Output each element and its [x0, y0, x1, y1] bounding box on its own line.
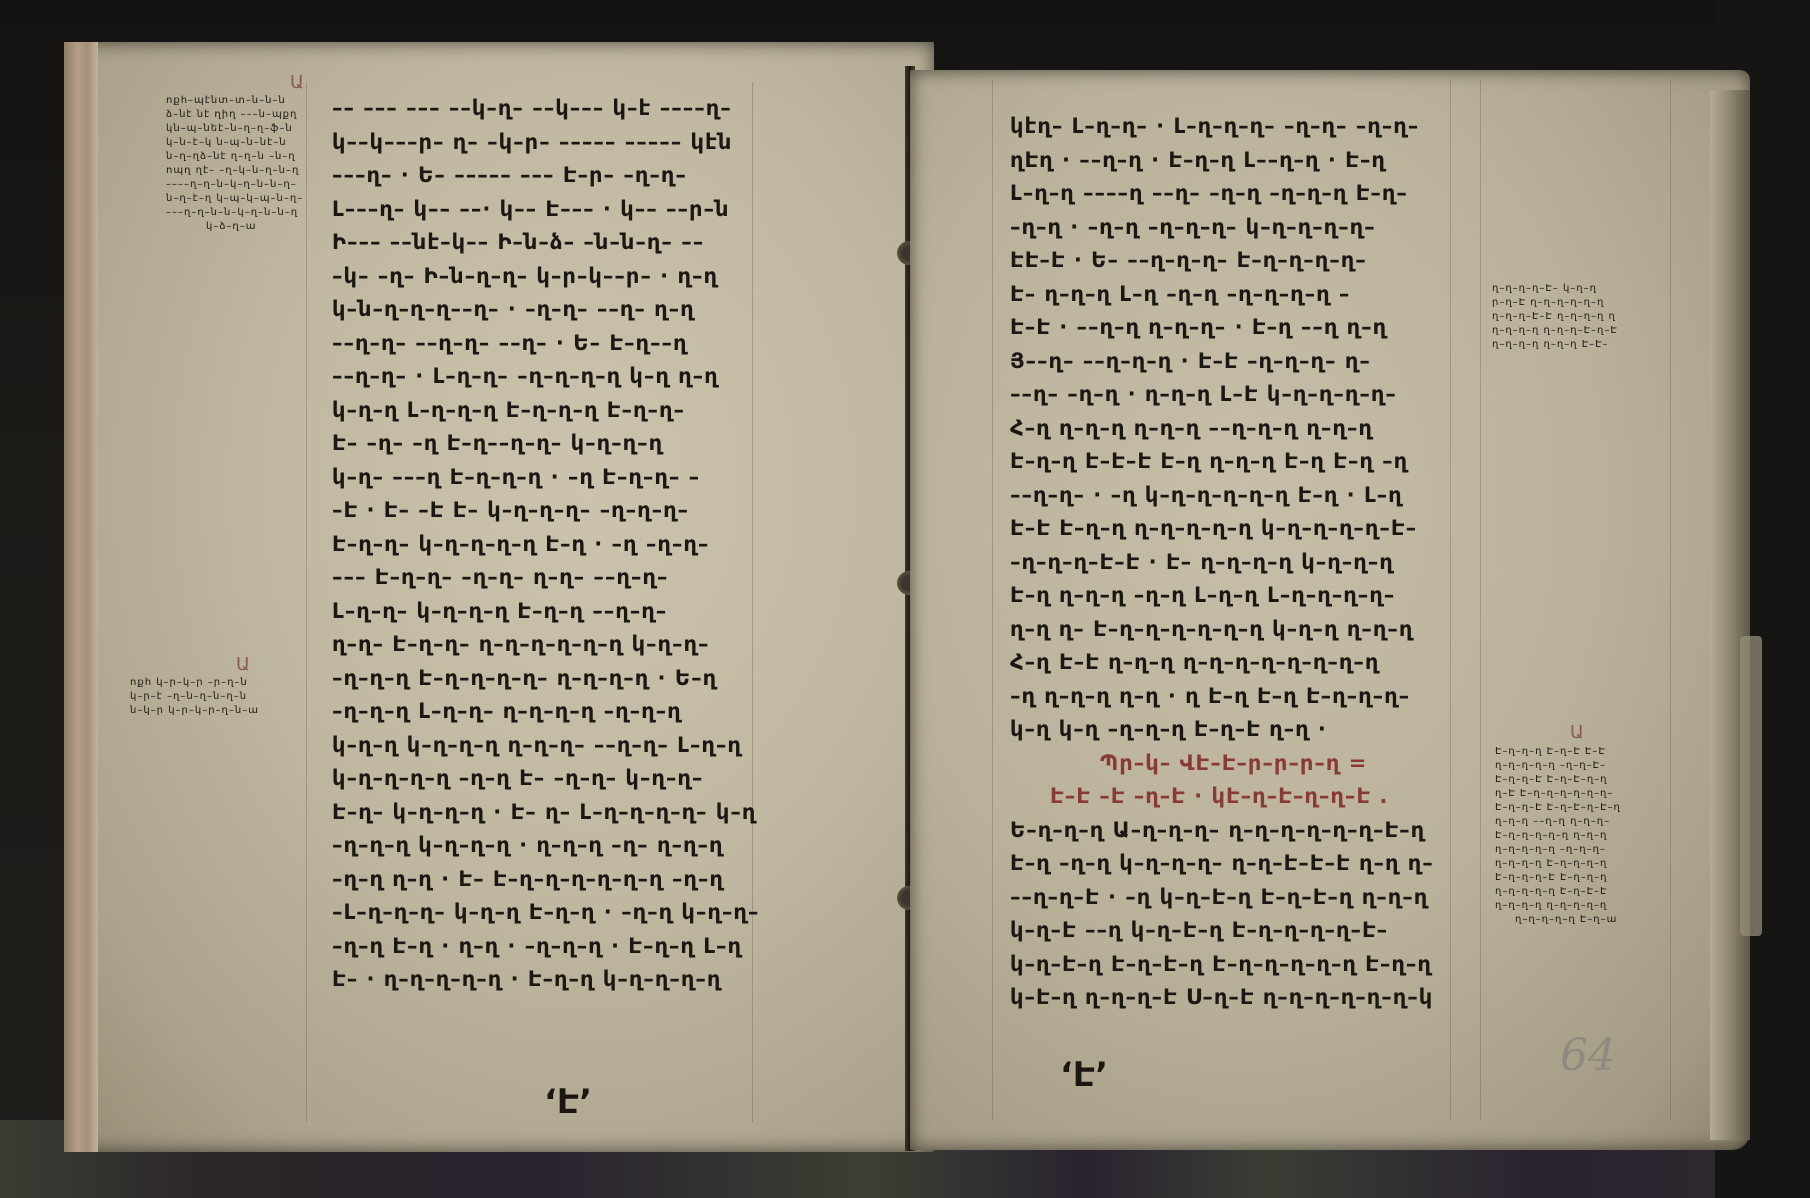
marginal-line: ղ–Է Է–ղ–ղ–ղ–ղ–ղ–ղ– — [1495, 787, 1665, 801]
folio-number-glyph: ‘Է’ — [544, 1082, 592, 1122]
text-line: կ–ղ–ղ–ղ–ղ –ղ–ղ Է– –ղ–ղ– կ–ղ–ղ– — [332, 762, 912, 796]
marginal-line: ոքհ կ–ր–կ–ր –ր–ղ–ն — [130, 676, 340, 690]
text-line: –Լ–ղ–ղ–ղ– կ–ղ–ղ Է–ղ–ղ · –ղ–ղ կ–ղ–ղ– — [332, 896, 912, 930]
text-line: –ղ ղ–ղ–ղ ղ–ղ · ղ Է–ղ Է–ղ Է–ղ–ղ–ղ– — [1010, 680, 1470, 714]
text-line: Է– · ղ–ղ–ղ–ղ–ղ · Է–ղ–ղ կ–ղ–ղ–ղ–ղ — [332, 963, 912, 997]
text-line: –ղ–ղ · –ղ–ղ –ղ–ղ–ղ– կ–ղ–ղ–ղ–ղ– — [1010, 211, 1470, 245]
text-line: Է– ղ–ղ–ղ Լ–ղ –ղ–ղ –ղ–ղ–ղ–ղ – — [1010, 278, 1470, 312]
text-line: կ–ղ–ղ կ–ղ–ղ–ղ ղ–ղ–ղ– ––ղ–ղ– Լ–ղ–ղ — [332, 729, 912, 763]
right-page: կէղ– Լ–ղ–ղ– · Լ–ղ–ղ–ղ– –ղ–ղ– –ղ–ղ– ղԷղ ·… — [910, 70, 1750, 1150]
text-line: Է– –ղ– –ղ Է–ղ––ղ–ղ– կ–ղ–ղ–ղ — [332, 427, 912, 461]
marginal-line: ղ–ղ–ղ–ղ–Է– կ–ղ–ղ — [1492, 282, 1662, 296]
marginal-line: ր–ղ–Է ղ–ղ–ղ–ղ–ղ–ղ — [1492, 296, 1662, 310]
text-line: կ–ն–ղ–ղ–ղ––ղ– · –ղ–ղ– ––ղ– ղ–ղ — [332, 293, 912, 327]
marginal-line: ղ–ղ–ղ–ղ ղ–ղ–ղ Է–Է– — [1492, 338, 1662, 352]
text-line: Հ–ղ ղ–ղ–ղ ղ–ղ–ղ ––ղ–ղ–ղ ղ–ղ–ղ — [1010, 412, 1470, 446]
text-line: ––ղ– –ղ–ղ · ղ–ղ–ղ Լ–Է կ–ղ–ղ–ղ–ղ– — [1010, 378, 1470, 412]
margin-rule — [1480, 80, 1481, 1120]
text-line: Յ––ղ– ––ղ–ղ–ղ · Է–Է –ղ–ղ–ղ– ղ– — [1010, 345, 1470, 379]
text-line: Ե–ղ–ղ–ղ Ա–ղ–ղ–ղ– ղ–ղ–ղ–ղ–ղ–ղ–Է–ղ — [1010, 814, 1470, 848]
marginal-line: ղ–ղ–ղ–ղ–ղ –ղ–ղ–ղ– — [1495, 843, 1665, 857]
text-line: –––ղ– · Ե– ––––– ––– Է–ր– –ղ–ղ– — [332, 159, 912, 193]
marginal-line: ղ–ղ–ղ–ղ–ղ Է–ղ–Է–Է — [1495, 885, 1665, 899]
text-line: Է–Է Է–ղ–ղ ղ–ղ–ղ–ղ–ղ կ–ղ–ղ–ղ–ղ–Է– — [1010, 512, 1470, 546]
marginal-note-bottom-right: Է–ղ–ղ–ղ Է–ղ–Է Է–Է ղ–ղ–ղ–ղ–ղ –ղ–ղ–Է– Է–ղ–… — [1495, 745, 1665, 927]
text-line: ղ–ղ– Է–ղ–ղ– ղ–ղ–ղ–ղ–ղ–ղ կ–ղ–ղ– — [332, 628, 912, 662]
text-line: կ–ղ կ–ղ –ղ–ղ–ղ Է–ղ–Է ղ–ղ · — [1010, 713, 1470, 747]
marginal-note-top-right: ղ–ղ–ղ–ղ–Է– կ–ղ–ղ ր–ղ–Է ղ–ղ–ղ–ղ–ղ–ղ ղ–ղ–ղ… — [1492, 282, 1662, 352]
text-line: կէղ– Լ–ղ–ղ– · Լ–ղ–ղ–ղ– –ղ–ղ– –ղ–ղ– — [1010, 110, 1470, 144]
right-page-main-text: կէղ– Լ–ղ–ղ– · Լ–ղ–ղ–ղ– –ղ–ղ– –ղ–ղ– ղԷղ ·… — [1010, 110, 1470, 1015]
right-page-fore-edge — [1710, 90, 1750, 1140]
marginal-line: ն–կ–ր կ–ր–կ–ր–ղ–ն–ա — [130, 704, 340, 718]
left-page: Ա ոքհ–պէնտ–տ–ն–ն–ն ձ–նէ նէ ղիղ –––ն–պքղ … — [64, 42, 934, 1152]
left-page-fore-edge — [64, 42, 98, 1152]
marginal-line: ղ–ղ–ղ–ղ–ղ Է–ղ–ա — [1495, 913, 1665, 927]
text-line: Լ–ղ–ղ ––––ղ ––ղ– –ղ–ղ –ղ–ղ–ղ Է–ղ– — [1010, 177, 1470, 211]
pencil-folio-number: 64 — [1560, 1030, 1616, 1081]
marginal-line: Է–ղ–ղ–ղ–Է Է–ղ–ղ–ղ — [1495, 871, 1665, 885]
marginal-mark: Ա — [236, 654, 250, 675]
text-line: Է–ղ–ղ Է–Է–Է Է–ղ ղ–ղ–ղ Է–ղ Է–ղ –ղ — [1010, 445, 1470, 479]
text-line: –Է · Է– –Է Է– կ–ղ–ղ–ղ– –ղ–ղ–ղ– — [332, 494, 912, 528]
text-line: ––ղ–ղ– · Լ–ղ–ղ– –ղ–ղ–ղ–ղ կ–ղ ղ–ղ — [332, 360, 912, 394]
marginal-line: կ–ր–է –ղ–ն–ղ–ն–ղ–ն — [130, 690, 340, 704]
open-manuscript: Ա ոքհ–պէնտ–տ–ն–ն–ն ձ–նէ նէ ղիղ –––ն–պքղ … — [40, 36, 1780, 1160]
marginal-line: Է–ղ–ղ–ղ Է–ղ–Է Է–Է — [1495, 745, 1665, 759]
text-line: Է–Է · ––ղ–ղ ղ–ղ–ղ– · Է–ղ ––ղ ղ–ղ — [1010, 311, 1470, 345]
text-line: –կ– –ղ– Ի–ն–ղ–ղ– կ–ր–կ––ր– · ղ–ղ — [332, 260, 912, 294]
marginal-line: ղ–ղ–ղ ––ղ–ղ ղ–ղ–ղ– — [1495, 815, 1665, 829]
text-line: –ղ–ղ–ղ Լ–ղ–ղ– ղ–ղ–ղ–ղ –ղ–ղ–ղ — [332, 695, 912, 729]
text-line: Լ–ղ–ղ– կ–ղ–ղ–ղ Է–ղ–ղ ––ղ–ղ– — [332, 595, 912, 629]
text-line: ––– Է–ղ–ղ– –ղ–ղ– ղ–ղ– ––ղ–ղ– — [332, 561, 912, 595]
text-line: –ղ–ղ Է–ղ · ղ–ղ · –ղ–ղ–ղ · Է–ղ–ղ Լ–ղ — [332, 930, 912, 964]
text-line: Է–ղ ղ–ղ–ղ –ղ–ղ Լ–ղ–ղ Լ–ղ–ղ–ղ–ղ– — [1010, 579, 1470, 613]
marginal-line: ղ–ղ–ղ–ղ Է–ղ–ղ–ղ–ղ — [1495, 857, 1665, 871]
torn-page-edge — [1740, 636, 1762, 936]
folio-number-glyph: ‘Է’ — [1060, 1055, 1108, 1095]
text-line: Հ–ղ Է–Է ղ–ղ–ղ ղ–ղ–ղ–ղ–ղ–ղ–ղ–ղ — [1010, 646, 1470, 680]
marginal-line: Է–ղ–ղ–Է Է–ղ–Է–ղ–Է–ղ — [1495, 801, 1665, 815]
text-line: կ––կ–––ր– ղ– –կ–ր– ––––– ––––– կէն — [332, 126, 912, 160]
text-line: կ–ղ–Է–ղ Է–ղ–Է–ղ Է–ղ–ղ–ղ–ղ–ղ Է–ղ–ղ — [1010, 948, 1470, 982]
marginal-line: ղ–ղ–ղ–ղ ղ–ղ–ղ–ղ–ղ — [1495, 899, 1665, 913]
text-line: ղ–ղ ղ– Է–ղ–ղ–ղ–ղ–ղ–ղ կ–ղ–ղ ղ–ղ–ղ — [1010, 613, 1470, 647]
margin-rule — [306, 82, 307, 1122]
text-line: կ–ղ– –––ղ Է–ղ–ղ–ղ · –ղ Է–ղ–ղ– – — [332, 461, 912, 495]
text-line: ––ղ–ղ– ––ղ–ղ– ––ղ– · Ե– Է–ղ––ղ — [332, 327, 912, 361]
text-line: Է–ղ –ղ–ղ կ–ղ–ղ–ղ– ղ–ղ–Է–Է–Է ղ–ղ ղ– — [1010, 847, 1470, 881]
rubric-heading: Պր–կ– ՎԷ–Է–ր–ր–ր–ղ = — [1010, 747, 1470, 781]
text-line: Է–ղ– կ–ղ–ղ–ղ · Է– ղ– Լ–ղ–ղ–ղ–ղ– կ–ղ — [332, 796, 912, 830]
text-line: –ղ–ղ–ղ կ–ղ–ղ–ղ · ղ–ղ–ղ –ղ– ղ–ղ–ղ — [332, 829, 912, 863]
text-line: –– ––– ––– ––կ–ղ– ––կ––– կ–է ––––ղ– — [332, 92, 912, 126]
text-line: Է–ղ–ղ– կ–ղ–ղ–ղ–ղ Է–ղ · –ղ –ղ–ղ– — [332, 528, 912, 562]
text-line: Ի––– ––նէ–կ–– Ի–ն–ձ– –ն–ն–ղ– –– — [332, 226, 912, 260]
marginal-line: ղ–ղ–ղ–ղ–ղ –ղ–ղ–Է– — [1495, 759, 1665, 773]
rubric-heading: Է–Է –Է –ղ–Է · կԷ–ղ–Է–ղ–ղ–Է . — [1010, 780, 1470, 814]
text-line: ––ղ–ղ– · –ղ կ–ղ–ղ–ղ–ղ–ղ Է–ղ · Լ–ղ — [1010, 479, 1470, 513]
text-line: ––ղ–ղ–Է · –ղ կ–ղ–Է–ղ Է–ղ–Է–ղ ղ–ղ–ղ — [1010, 881, 1470, 915]
marginal-note-middle-left: ոքհ կ–ր–կ–ր –ր–ղ–ն կ–ր–է –ղ–ն–ղ–ն–ղ–ն ն–… — [130, 676, 340, 718]
text-line: կ–ղ–Է ––ղ կ–ղ–Է–ղ Է–ղ–ղ–ղ–ղ–Է– — [1010, 914, 1470, 948]
marginal-line: Է–ղ–ղ–Է Է–ղ–Է–ղ–ղ — [1495, 773, 1665, 787]
margin-rule — [992, 80, 993, 1120]
left-page-main-text: –– ––– ––– ––կ–ղ– ––կ––– կ–է ––––ղ– կ––կ… — [332, 92, 912, 997]
marginal-line: ղ–ղ–ղ–ղ ղ–ղ–ղ–Է–ղ–Է — [1492, 324, 1662, 338]
text-line: կ–ղ–ղ Լ–ղ–ղ–ղ Է–ղ–ղ–ղ Է–ղ–ղ– — [332, 394, 912, 428]
marginal-line: Է–ղ–ղ–ղ–ղ–ղ ղ–ղ–ղ — [1495, 829, 1665, 843]
marginal-line: ղ–ղ–ղ–Է–Է ղ–ղ–ղ–ղ ղ — [1492, 310, 1662, 324]
margin-rule — [1670, 80, 1671, 1120]
text-line: Լ–––ղ– կ–– ––· կ–– Է––– · կ–– ––ր–ն — [332, 193, 912, 227]
text-line: –ղ–ղ ղ–ղ · Է– Է–ղ–ղ–ղ–ղ–ղ–ղ –ղ–ղ — [332, 863, 912, 897]
text-line: –ղ–ղ–ղ Է–ղ–ղ–ղ–ղ– ղ–ղ–ղ–ղ · Ե–ղ — [332, 662, 912, 696]
text-line: –ղ–ղ–ղ–Է–Է · Է– ղ–ղ–ղ–ղ կ–ղ–ղ–ղ — [1010, 546, 1470, 580]
text-line: ղԷղ · ––ղ–ղ · Է–ղ–ղ Լ––ղ–ղ · Է–ղ — [1010, 144, 1470, 178]
text-line: ԷԷ–Է · Ե– ––ղ–ղ–ղ– Է–ղ–ղ–ղ–ղ– — [1010, 244, 1470, 278]
marginal-mark: Ա — [1570, 722, 1584, 743]
marginal-mark: Ա — [290, 72, 304, 93]
text-line: կ–Է–ղ ղ–ղ–ղ–Է Ս–ղ–Է ղ–ղ–ղ–ղ–ղ–ղ–կ — [1010, 981, 1470, 1015]
